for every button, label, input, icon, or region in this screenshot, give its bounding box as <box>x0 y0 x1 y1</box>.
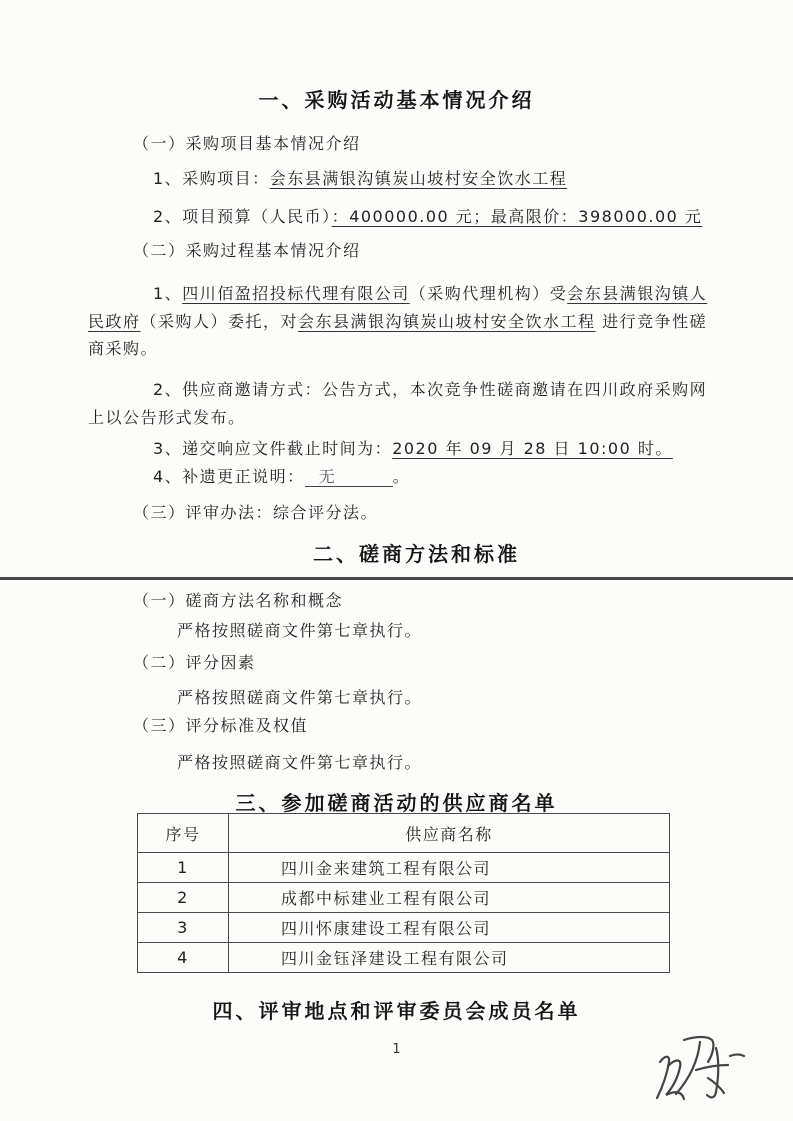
item-addendum: 4、补遗更正说明：无。 <box>153 465 410 488</box>
budget-values-underlined: ：400000.00 元；最高限价：398000.00 元 <box>332 207 703 226</box>
project-name-underlined: 会东县满银沟镇炭山坡村安全饮水工程 <box>270 169 568 188</box>
sub-label-2-1: （一）磋商方法名称和概念 <box>133 589 343 612</box>
col-header-serial: 序号 <box>138 814 229 853</box>
item-prefix: 1、采购项目： <box>153 169 270 188</box>
paragraph-invitation-method: 2、供应商邀请方式：公告方式，本次竞争性磋商邀请在四川政府采购网上以公告形式发布… <box>88 376 708 431</box>
serial-cell: 1 <box>138 853 229 883</box>
serial-cell: 2 <box>138 883 229 913</box>
sub-label-2-2: （二）评分因素 <box>133 651 256 674</box>
supplier-name-cell: 四川怀康建设工程有限公司 <box>229 913 670 943</box>
paragraph-agency-entrust: 1、四川佰盈招投标代理有限公司（采购代理机构）受会东县满银沟镇人民政府（采购人）… <box>88 280 708 363</box>
deadline-date-underlined: 2020 年 09 月 28 日 10:00 时。 <box>392 439 673 458</box>
body-2-3: 严格按照磋商文件第七章执行。 <box>177 751 422 774</box>
scanned-document-page: 一、采购活动基本情况介绍 （一）采购项目基本情况介绍 1、采购项目：会东县满银沟… <box>0 0 793 1121</box>
sub-label-1-3: （三）评审办法：综合评分法。 <box>133 501 378 524</box>
item-suffix: 。 <box>393 467 411 486</box>
item-project-budget: 2、项目预算（人民币）：400000.00 元；最高限价：398000.00 元 <box>153 205 702 228</box>
item-prefix: 3、递交响应文件截止时间为： <box>153 439 392 458</box>
text-run: （采购代理机构）受 <box>410 284 568 303</box>
supplier-name-cell: 四川金来建筑工程有限公司 <box>229 853 670 883</box>
handwritten-signature <box>638 1026 758 1114</box>
table-row: 1 四川金来建筑工程有限公司 <box>138 853 670 883</box>
sub-label-1-1: （一）采购项目基本情况介绍 <box>133 132 361 155</box>
item-prefix: 2、项目预算（人民币） <box>153 207 332 226</box>
heading-section-4: 四、评审地点和评审委员会成员名单 <box>0 995 793 1024</box>
item-deadline: 3、递交响应文件截止时间为：2020 年 09 月 28 日 10:00 时。 <box>153 437 673 460</box>
heading-section-2: 二、磋商方法和标准 <box>20 538 793 567</box>
body-2-1: 严格按照磋商文件第七章执行。 <box>177 619 422 642</box>
project-name-underlined: 会东县满银沟镇炭山坡村安全饮水工程 <box>298 312 596 331</box>
supplier-name-cell: 四川金钰泽建设工程有限公司 <box>229 943 670 973</box>
serial-cell: 3 <box>138 913 229 943</box>
text-run: （采购人）委托，对 <box>141 312 299 331</box>
table-row: 3 四川怀康建设工程有限公司 <box>138 913 670 943</box>
table-row: 4 四川金钰泽建设工程有限公司 <box>138 943 670 973</box>
body-2-2: 严格按照磋商文件第七章执行。 <box>177 686 422 709</box>
horizontal-divider-line <box>0 577 793 580</box>
supplier-name-cell: 成都中标建业工程有限公司 <box>229 883 670 913</box>
item-prefix: 1、 <box>153 284 182 303</box>
item-prefix: 4、补遗更正说明： <box>153 467 305 486</box>
heading-section-3: 三、参加磋商活动的供应商名单 <box>0 787 793 816</box>
table-row: 2 成都中标建业工程有限公司 <box>138 883 670 913</box>
sub-label-2-3: （三）评分标准及权值 <box>133 714 308 737</box>
suppliers-table-header-row: 序号 供应商名称 <box>138 814 670 853</box>
agency-name-underlined: 四川佰盈招投标代理有限公司 <box>182 284 410 303</box>
addendum-blank-value: 无 <box>305 467 393 487</box>
sub-label-1-2: （二）采购过程基本情况介绍 <box>133 239 361 262</box>
item-procurement-project: 1、采购项目：会东县满银沟镇炭山坡村安全饮水工程 <box>153 167 567 190</box>
col-header-supplier-name: 供应商名称 <box>229 814 670 853</box>
heading-section-1: 一、采购活动基本情况介绍 <box>0 84 793 113</box>
suppliers-table: 序号 供应商名称 1 四川金来建筑工程有限公司 2 成都中标建业工程有限公司 3… <box>137 813 670 973</box>
serial-cell: 4 <box>138 943 229 973</box>
